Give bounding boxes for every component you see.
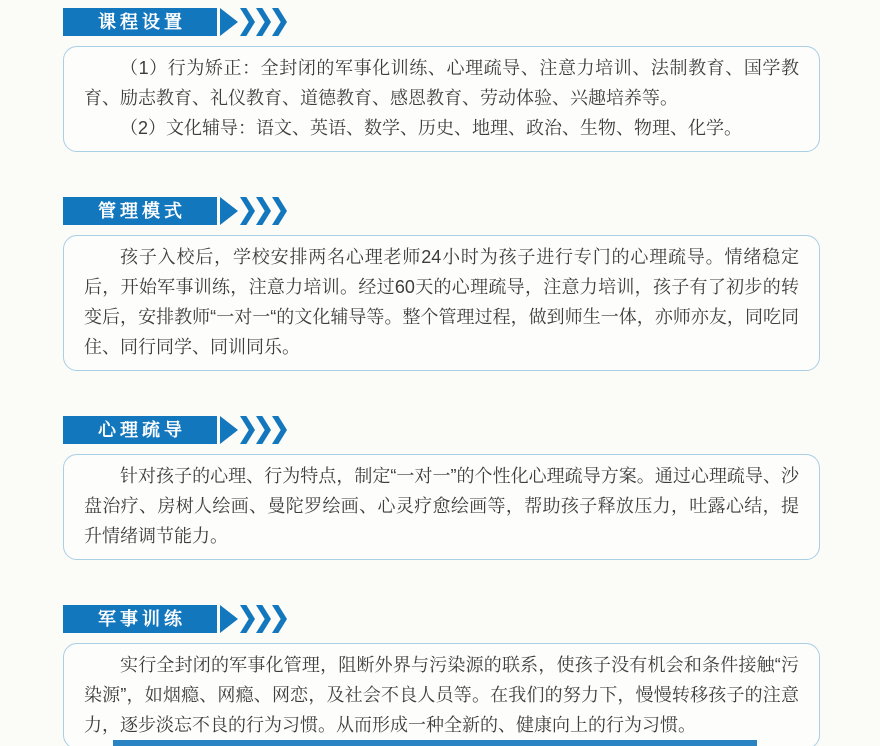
content-box: 实行全封闭的军事化管理，阻断外界与污染源的联系，使孩子没有机会和条件接触“污染源… (63, 643, 820, 746)
chevron-arrow-icon (220, 8, 238, 36)
content-box: （1）行为矫正：全封闭的军事化训练、心理疏导、注意力培训、法制教育、国学教育、励… (63, 46, 820, 152)
section-management-mode: 管理模式 孩子入校后，学校安排两名心理老师24小时为孩子进行专门的心理疏导。情绪… (63, 197, 820, 371)
chevron-band-icon (240, 197, 255, 225)
chevron-band-icon (272, 197, 287, 225)
chevron-arrow-icon (220, 605, 238, 633)
paragraph: 实行全封闭的军事化管理，阻断外界与污染源的联系，使孩子没有机会和条件接触“污染源… (84, 650, 799, 740)
section-title: 管理模式 (63, 197, 217, 225)
section-military-training: 军事训练 实行全封闭的军事化管理，阻断外界与污染源的联系，使孩子没有机会和条件接… (63, 605, 820, 746)
chevron-band-icon (272, 416, 287, 444)
chevron-band-icon (240, 416, 255, 444)
chevron-band-icon (240, 8, 255, 36)
chevron-right-icon (220, 197, 287, 225)
chevron-right-icon (220, 8, 287, 36)
section-psychological-counseling: 心理疏导 针对孩子的心理、行为特点，制定“一对一”的个性化心理疏导方案。通过心理… (63, 416, 820, 560)
brochure-page: 课程设置 （1）行为矫正：全封闭的军事化训练、心理疏导、注意力培训、法制教育、国… (0, 0, 880, 746)
paragraph: 孩子入校后，学校安排两名心理老师24小时为孩子进行专门的心理疏导。情绪稳定后，开… (84, 242, 799, 362)
section-title: 课程设置 (63, 8, 217, 36)
content-box: 孩子入校后，学校安排两名心理老师24小时为孩子进行专门的心理疏导。情绪稳定后，开… (63, 235, 820, 371)
chevron-band-icon (256, 605, 271, 633)
section-header: 心理疏导 (63, 416, 820, 444)
chevron-right-icon (220, 605, 287, 633)
next-section-header-partial (113, 740, 757, 746)
section-title: 军事训练 (63, 605, 217, 633)
paragraph: （2）文化辅导：语文、英语、数学、历史、地理、政治、生物、物理、化学。 (84, 113, 799, 143)
chevron-arrow-icon (220, 416, 238, 444)
section-course-settings: 课程设置 （1）行为矫正：全封闭的军事化训练、心理疏导、注意力培训、法制教育、国… (63, 8, 820, 152)
chevron-band-icon (272, 8, 287, 36)
section-header: 军事训练 (63, 605, 820, 633)
paragraph: 针对孩子的心理、行为特点，制定“一对一”的个性化心理疏导方案。通过心理疏导、沙盘… (84, 461, 799, 551)
chevron-arrow-icon (220, 197, 238, 225)
content-box: 针对孩子的心理、行为特点，制定“一对一”的个性化心理疏导方案。通过心理疏导、沙盘… (63, 454, 820, 560)
section-title: 心理疏导 (63, 416, 217, 444)
chevron-band-icon (256, 8, 271, 36)
chevron-band-icon (256, 416, 271, 444)
chevron-right-icon (220, 416, 287, 444)
paragraph: （1）行为矫正：全封闭的军事化训练、心理疏导、注意力培训、法制教育、国学教育、励… (84, 53, 799, 113)
chevron-band-icon (240, 605, 255, 633)
chevron-band-icon (272, 605, 287, 633)
chevron-band-icon (256, 197, 271, 225)
section-header: 管理模式 (63, 197, 820, 225)
section-header: 课程设置 (63, 8, 820, 36)
